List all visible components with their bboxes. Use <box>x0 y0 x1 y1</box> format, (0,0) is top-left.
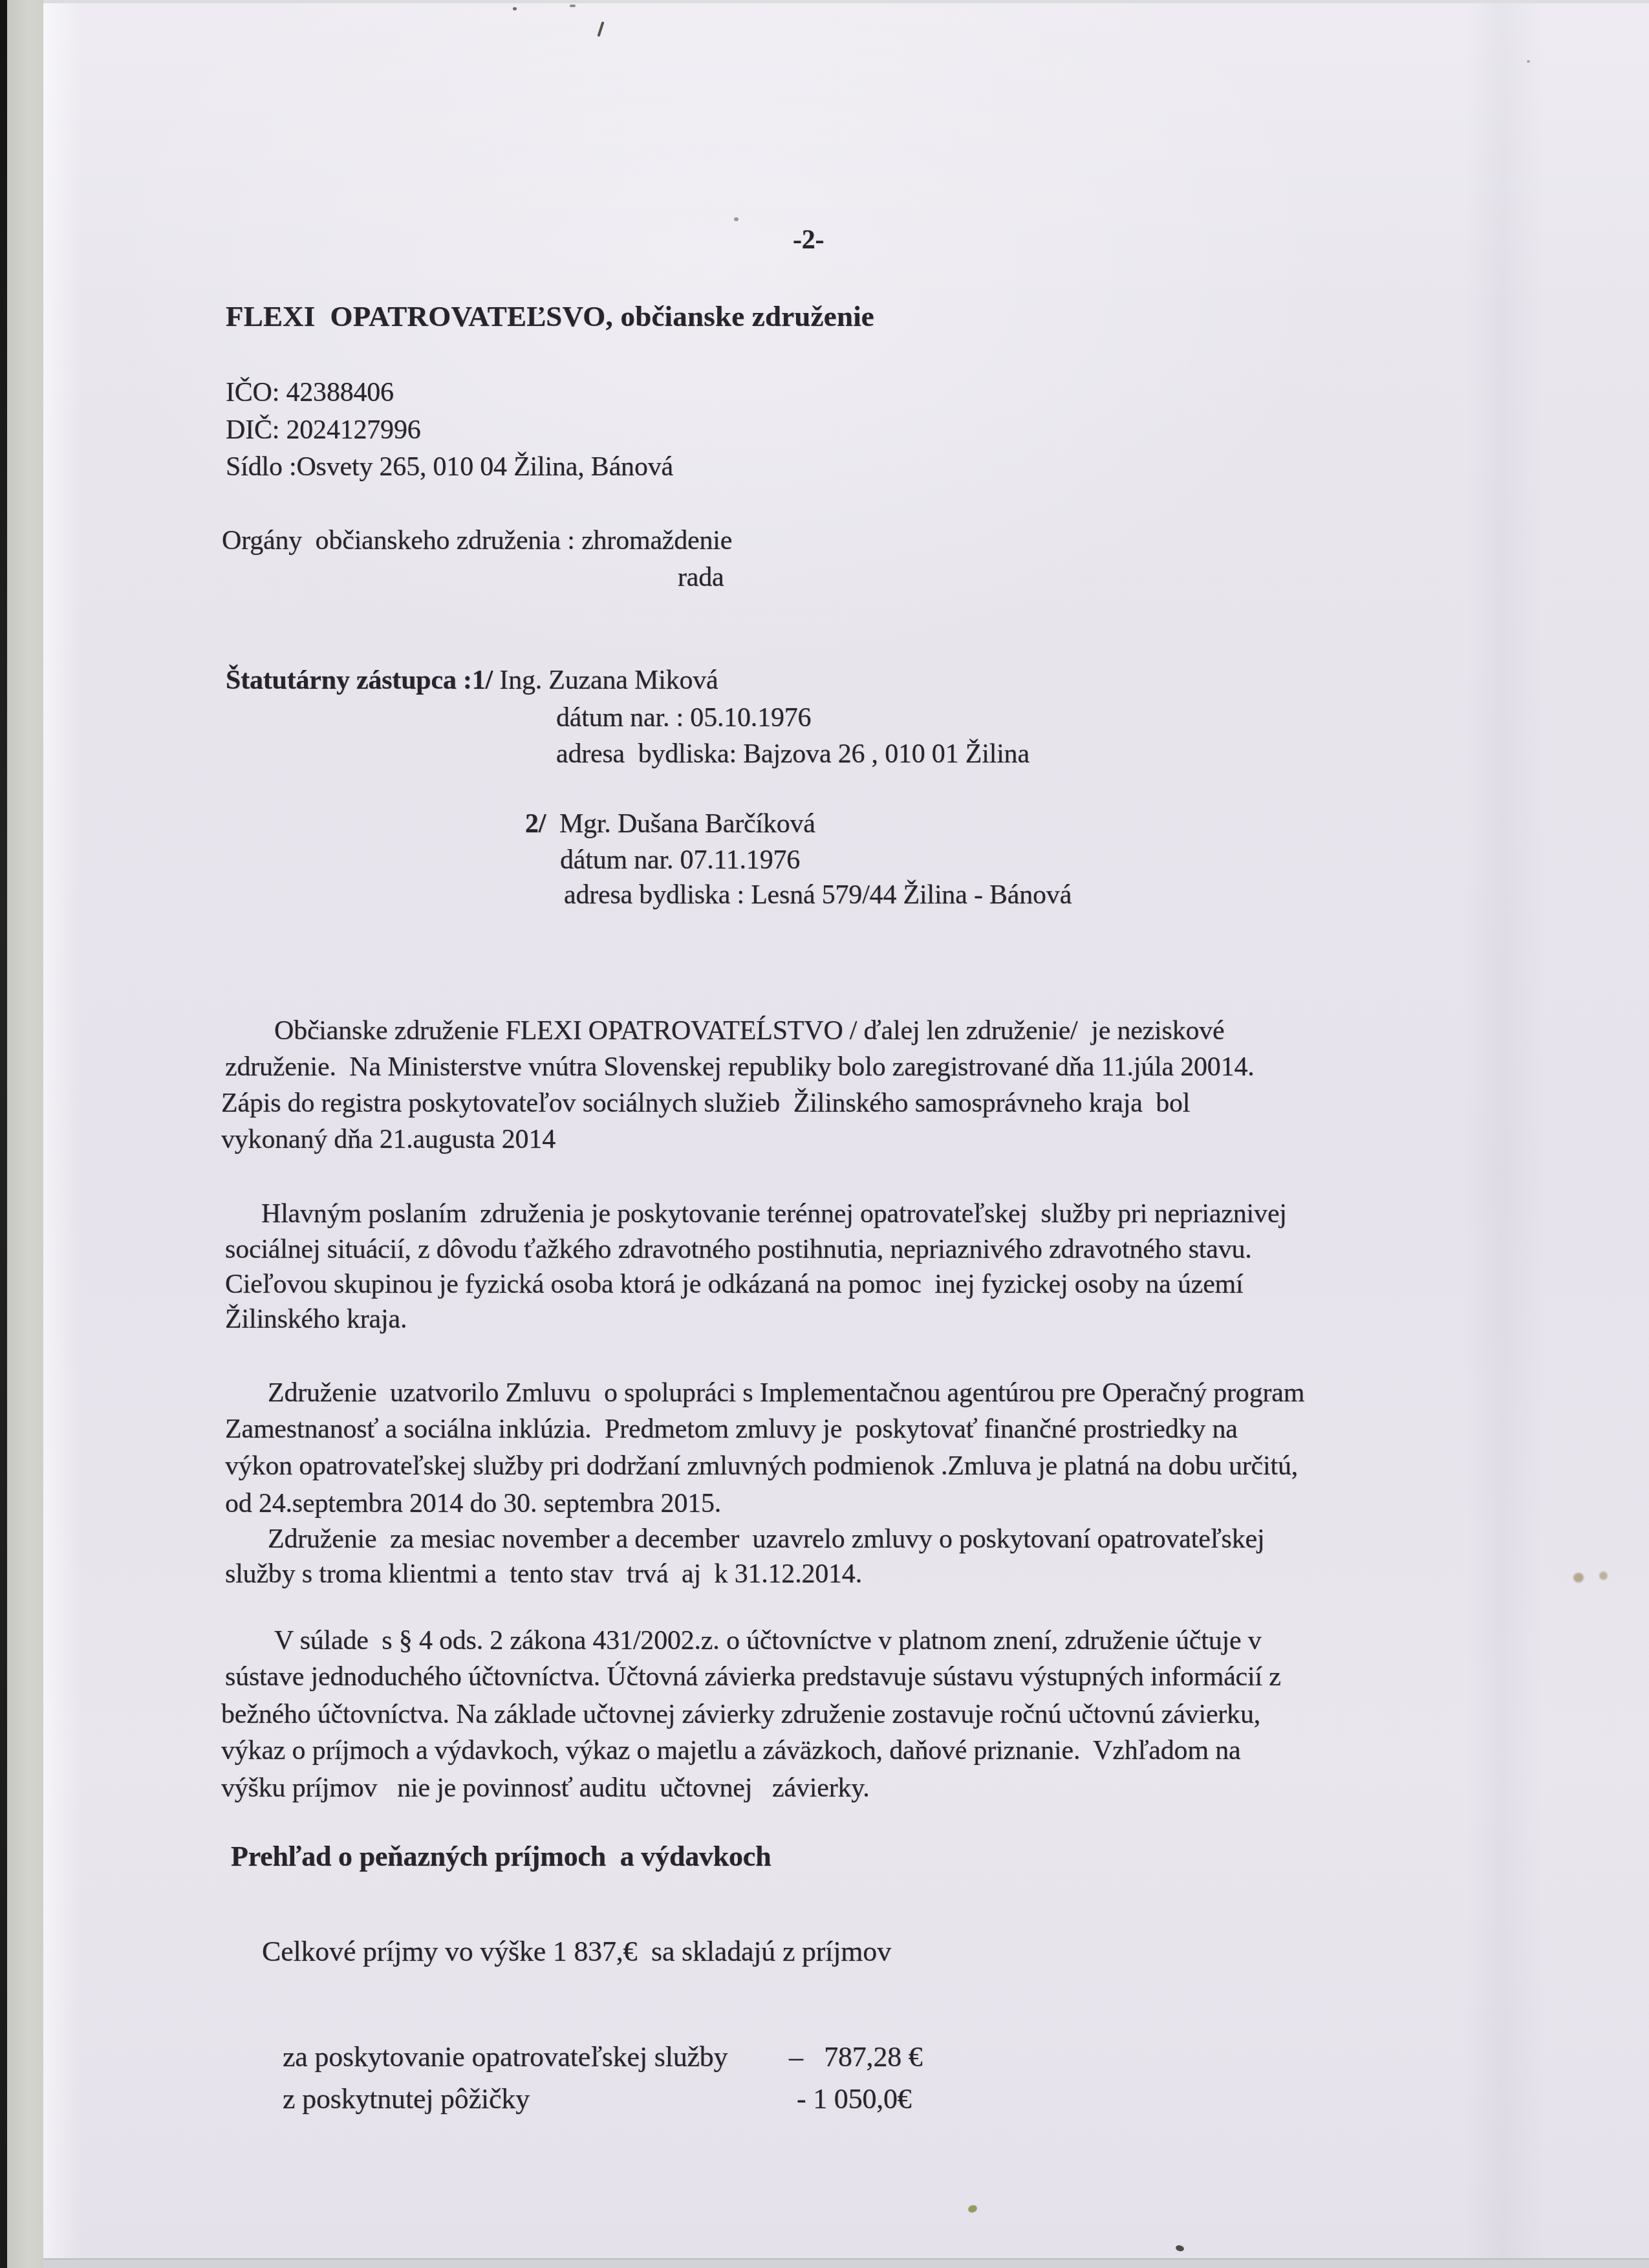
income-label: za poskytovanie opatrovateľskej služby <box>283 2041 727 2073</box>
income-amount: – 787,28 € <box>789 2040 923 2073</box>
paragraph-line: výkon opatrovateľskej služby pri dodržan… <box>225 1451 1298 1482</box>
page-number: -2- <box>793 224 824 255</box>
organy-line: Orgány občianskeho združenia : zhromažde… <box>222 525 732 556</box>
paragraph-line: Žilinského kraja. <box>225 1304 407 1335</box>
document-title: FLEXI OPATROVATEĽSVO, občianske združeni… <box>226 299 874 333</box>
rep1-name: Ing. Zuzana Miková <box>493 665 718 695</box>
scan-speck <box>734 217 738 221</box>
scan-speck <box>1527 60 1530 63</box>
paragraph-line: služby s troma klientmi a tento stav trv… <box>225 1559 862 1590</box>
section-heading: Prehľad o peňazných príjmoch a výdavkoch <box>231 1840 771 1873</box>
paragraph-line: V súlade s § 4 ods. 2 zákona 431/2002.z.… <box>274 1625 1261 1656</box>
income-row: z poskytnutej pôžičky- 1 050,0€ <box>283 2082 1188 2115</box>
sidlo-line: Sídlo :Osvety 265, 010 04 Žilina, Bánová <box>226 451 673 482</box>
paragraph-line: Zamestnanosť a sociálna inklúzia. Predme… <box>225 1414 1238 1445</box>
rep1-birthdate: dátum nar. : 05.10.1976 <box>556 702 811 733</box>
scan-speck <box>513 7 517 10</box>
paragraph-line: od 24.septembra 2014 do 30. septembra 20… <box>225 1488 721 1519</box>
rep2-line: 2/ Mgr. Dušana Barčíková <box>525 808 815 839</box>
rep2-birthdate: dátum nar. 07.11.1976 <box>560 845 800 876</box>
paragraph-line: bežného účtovníctva. Na základe učtovnej… <box>221 1699 1260 1730</box>
rep2-address: adresa bydliska : Lesná 579/44 Žilina - … <box>564 880 1072 911</box>
rep2-prefix: 2/ <box>525 809 546 839</box>
text-layer: -2- FLEXI OPATROVATEĽSVO, občianske zdru… <box>0 0 1649 2268</box>
statutory-rep-line: Štatutárny zástupca :1/ Ing. Zuzana Miko… <box>226 665 718 696</box>
scan-speck <box>570 5 576 7</box>
paragraph-line: Združenie za mesiac november a december … <box>268 1524 1264 1555</box>
scan-speck <box>1599 1571 1608 1580</box>
income-amount: - 1 050,0€ <box>797 2082 912 2115</box>
paragraph-line: združenie. Na Ministerstve vnútra Sloven… <box>225 1052 1255 1083</box>
paragraph-line: sociálnej situácií, z dôvodu ťažkého zdr… <box>225 1234 1252 1265</box>
organy-rada-line: rada <box>678 562 724 593</box>
paragraph-line: výšku príjmov nie je povinnosť auditu uč… <box>221 1773 870 1804</box>
dic-line: DIČ: 2024127996 <box>226 415 421 446</box>
paragraph-line: Zápis do registra poskytovateľov sociáln… <box>221 1088 1190 1119</box>
income-label: z poskytnutej pôžičky <box>283 2083 530 2115</box>
paragraph-line: Cieľovou skupinou je fyzická osoba ktorá… <box>225 1269 1244 1300</box>
rep2-name: Mgr. Dušana Barčíková <box>546 809 815 839</box>
paragraph-line: vykonaný dňa 21.augusta 2014 <box>221 1124 555 1155</box>
statutory-rep-label: Štatutárny zástupca :1/ <box>226 665 493 695</box>
paragraph-line: Združenie uzatvorilo Zmluvu o spolupráci… <box>268 1377 1304 1409</box>
income-row: za poskytovanie opatrovateľskej služby– … <box>283 2040 1188 2073</box>
income-summary-line: Celkové príjmy vo výške 1 837,€ sa sklad… <box>262 1935 891 1968</box>
ico-line: IČO: 42388406 <box>226 377 394 408</box>
paragraph-line: Občianske združenie FLEXI OPATROVATEĹSTV… <box>274 1015 1225 1046</box>
paragraph-line: sústave jednoduchého účtovníctva. Účtovn… <box>225 1661 1281 1692</box>
paragraph-line: Hlavným poslaním združenia je poskytovan… <box>261 1198 1287 1229</box>
rep1-address: adresa bydliska: Bajzova 26 , 010 01 Žil… <box>556 739 1029 770</box>
scanned-document-page: -2- FLEXI OPATROVATEĽSVO, občianske zdru… <box>0 0 1649 2268</box>
paragraph-line: výkaz o príjmoch a výdavkoch, výkaz o ma… <box>221 1735 1240 1766</box>
scan-speck <box>1573 1573 1584 1582</box>
